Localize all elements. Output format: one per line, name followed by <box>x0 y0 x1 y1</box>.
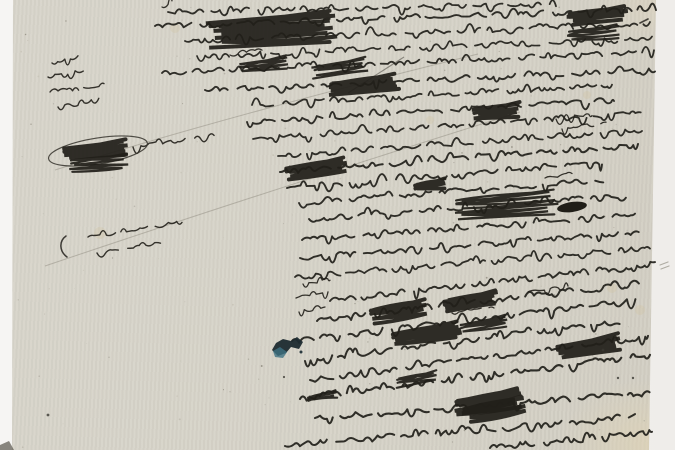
margin-note-line <box>50 83 104 92</box>
margin-note-line <box>52 56 78 65</box>
corner-smudge <box>0 441 14 450</box>
margin-note-line <box>48 71 83 79</box>
margin-dash-mark <box>640 19 648 23</box>
crossout-scribble <box>443 290 499 311</box>
crossout-scribble <box>454 189 559 221</box>
interlinear-insertion <box>545 172 572 178</box>
paper-stain <box>635 305 645 315</box>
backdrop-mark <box>660 262 668 265</box>
crossout-scribble <box>415 178 446 191</box>
crossout-scribble <box>472 102 521 121</box>
ink-blob-deletion <box>556 200 587 214</box>
manuscript-photo: Photograph of a handwritten manuscript p… <box>0 0 675 450</box>
crossout-scribble <box>566 6 628 25</box>
crossout-scribble <box>206 10 338 50</box>
crossout-scribble <box>369 299 428 324</box>
crossout-scribble <box>311 57 368 79</box>
handwritten-line <box>295 247 650 279</box>
interlinear-insertion <box>296 292 328 299</box>
interlinear-insertion <box>562 122 606 134</box>
handwriting-layer <box>0 0 675 450</box>
backdrop-mark <box>661 266 669 269</box>
ink-blot-speck <box>300 351 303 354</box>
margin-note-line <box>97 243 161 257</box>
crossout-scribble <box>286 157 348 179</box>
handwritten-line <box>278 130 642 160</box>
crossout-scribble <box>327 73 399 96</box>
handwritten-line <box>300 354 650 400</box>
paper-stain <box>583 91 591 99</box>
handwritten-line <box>162 47 654 75</box>
interlinear-insertion <box>162 0 172 8</box>
paper-stain <box>426 116 434 124</box>
ink-dot <box>617 377 619 379</box>
ink-dot <box>283 376 285 378</box>
handwritten-line <box>300 231 639 262</box>
crossout-scribble <box>567 24 620 42</box>
crossout-scribble <box>557 333 622 359</box>
interlinear-insertion <box>299 306 325 316</box>
margin-note-line <box>133 134 214 154</box>
crossout-scribble <box>395 370 438 388</box>
ink-dot <box>602 349 605 352</box>
margin-note-line <box>58 98 99 109</box>
ink-dot <box>632 377 634 379</box>
ink-dot <box>47 414 50 417</box>
margin-bracket <box>61 236 67 257</box>
handwritten-line <box>490 430 652 448</box>
